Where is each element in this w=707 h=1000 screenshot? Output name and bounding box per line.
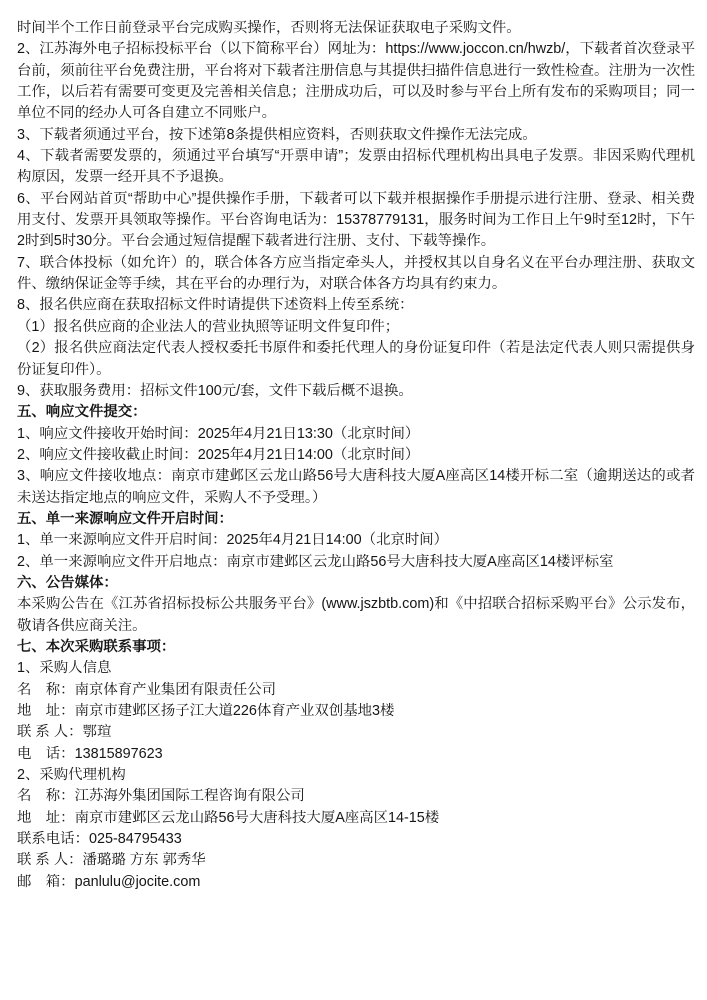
section-heading: 六、公告媒体：: [17, 573, 695, 594]
doc-paragraph: 2、单一来源响应文件开启地点：南京市建邺区云龙山路56号大唐科技大厦A座高区14…: [17, 552, 695, 573]
doc-paragraph: 9、获取服务费用：招标文件100元/套，文件下载后概不退换。: [17, 381, 695, 402]
section-heading: 五、单一来源响应文件开启时间：: [17, 509, 695, 530]
section-heading: 七、本次采购联系事项：: [17, 637, 695, 658]
doc-paragraph: 1、响应文件接收开始时间：2025年4月21日13:30（北京时间）: [17, 424, 695, 445]
doc-paragraph: 3、下载者须通过平台，按下述第8条提供相应资料，否则获取文件操作无法完成。: [17, 125, 695, 146]
doc-paragraph: 7、联合体投标（如允许）的，联合体各方应当指定牵头人，并授权其以自身名义在平台办…: [17, 253, 695, 296]
doc-paragraph: 电 话：13815897623: [17, 744, 695, 765]
doc-paragraph: 名 称：江苏海外集团国际工程咨询有限公司: [17, 786, 695, 807]
doc-paragraph: 地 址：南京市建邺区云龙山路56号大唐科技大厦A座高区14-15楼: [17, 808, 695, 829]
doc-paragraph: 1、采购人信息: [17, 658, 695, 679]
doc-paragraph: 6、平台网站首页“帮助中心”提供操作手册，下载者可以下载并根据操作手册提示进行注…: [17, 189, 695, 253]
doc-paragraph: 名 称：南京体育产业集团有限责任公司: [17, 680, 695, 701]
doc-paragraph: 3、响应文件接收地点：南京市建邺区云龙山路56号大唐科技大厦A座高区14楼开标二…: [17, 466, 695, 509]
doc-paragraph: 地 址：南京市建邺区扬子江大道226体育产业双创基地3楼: [17, 701, 695, 722]
doc-paragraph: 联 系 人：潘璐璐 方东 郭秀华: [17, 850, 695, 871]
document-body: 时间半个工作日前登录平台完成购买操作，否则将无法保证获取电子采购文件。2、江苏海…: [17, 18, 695, 893]
doc-paragraph: 4、下载者需要发票的，须通过平台填写“开票申请”；发票由招标代理机构出具电子发票…: [17, 146, 695, 189]
doc-paragraph: 联 系 人：鄂瑄: [17, 722, 695, 743]
doc-paragraph: 1、单一来源响应文件开启时间：2025年4月21日14:00（北京时间）: [17, 530, 695, 551]
doc-paragraph: 邮 箱：panlulu@jocite.com: [17, 872, 695, 893]
doc-paragraph: （1）报名供应商的企业法人的营业执照等证明文件复印件；: [17, 317, 695, 338]
doc-paragraph: 2、采购代理机构: [17, 765, 695, 786]
section-heading: 五、响应文件提交：: [17, 402, 695, 423]
doc-paragraph: 8、报名供应商在获取招标文件时请提供下述资料上传至系统：: [17, 295, 695, 316]
doc-paragraph: 2、江苏海外电子招标投标平台（以下简称平台）网址为：https://www.jo…: [17, 39, 695, 124]
doc-paragraph: 时间半个工作日前登录平台完成购买操作，否则将无法保证获取电子采购文件。: [17, 18, 695, 39]
doc-paragraph: 联系电话：025-84795433: [17, 829, 695, 850]
doc-paragraph: 本采购公告在《江苏省招标投标公共服务平台》(www.jszbtb.com)和《中…: [17, 594, 695, 637]
document-page: 时间半个工作日前登录平台完成购买操作，否则将无法保证获取电子采购文件。2、江苏海…: [0, 0, 707, 1000]
doc-paragraph: （2）报名供应商法定代表人授权委托书原件和委托代理人的身份证复印件（若是法定代表…: [17, 338, 695, 381]
doc-paragraph: 2、响应文件接收截止时间：2025年4月21日14:00（北京时间）: [17, 445, 695, 466]
